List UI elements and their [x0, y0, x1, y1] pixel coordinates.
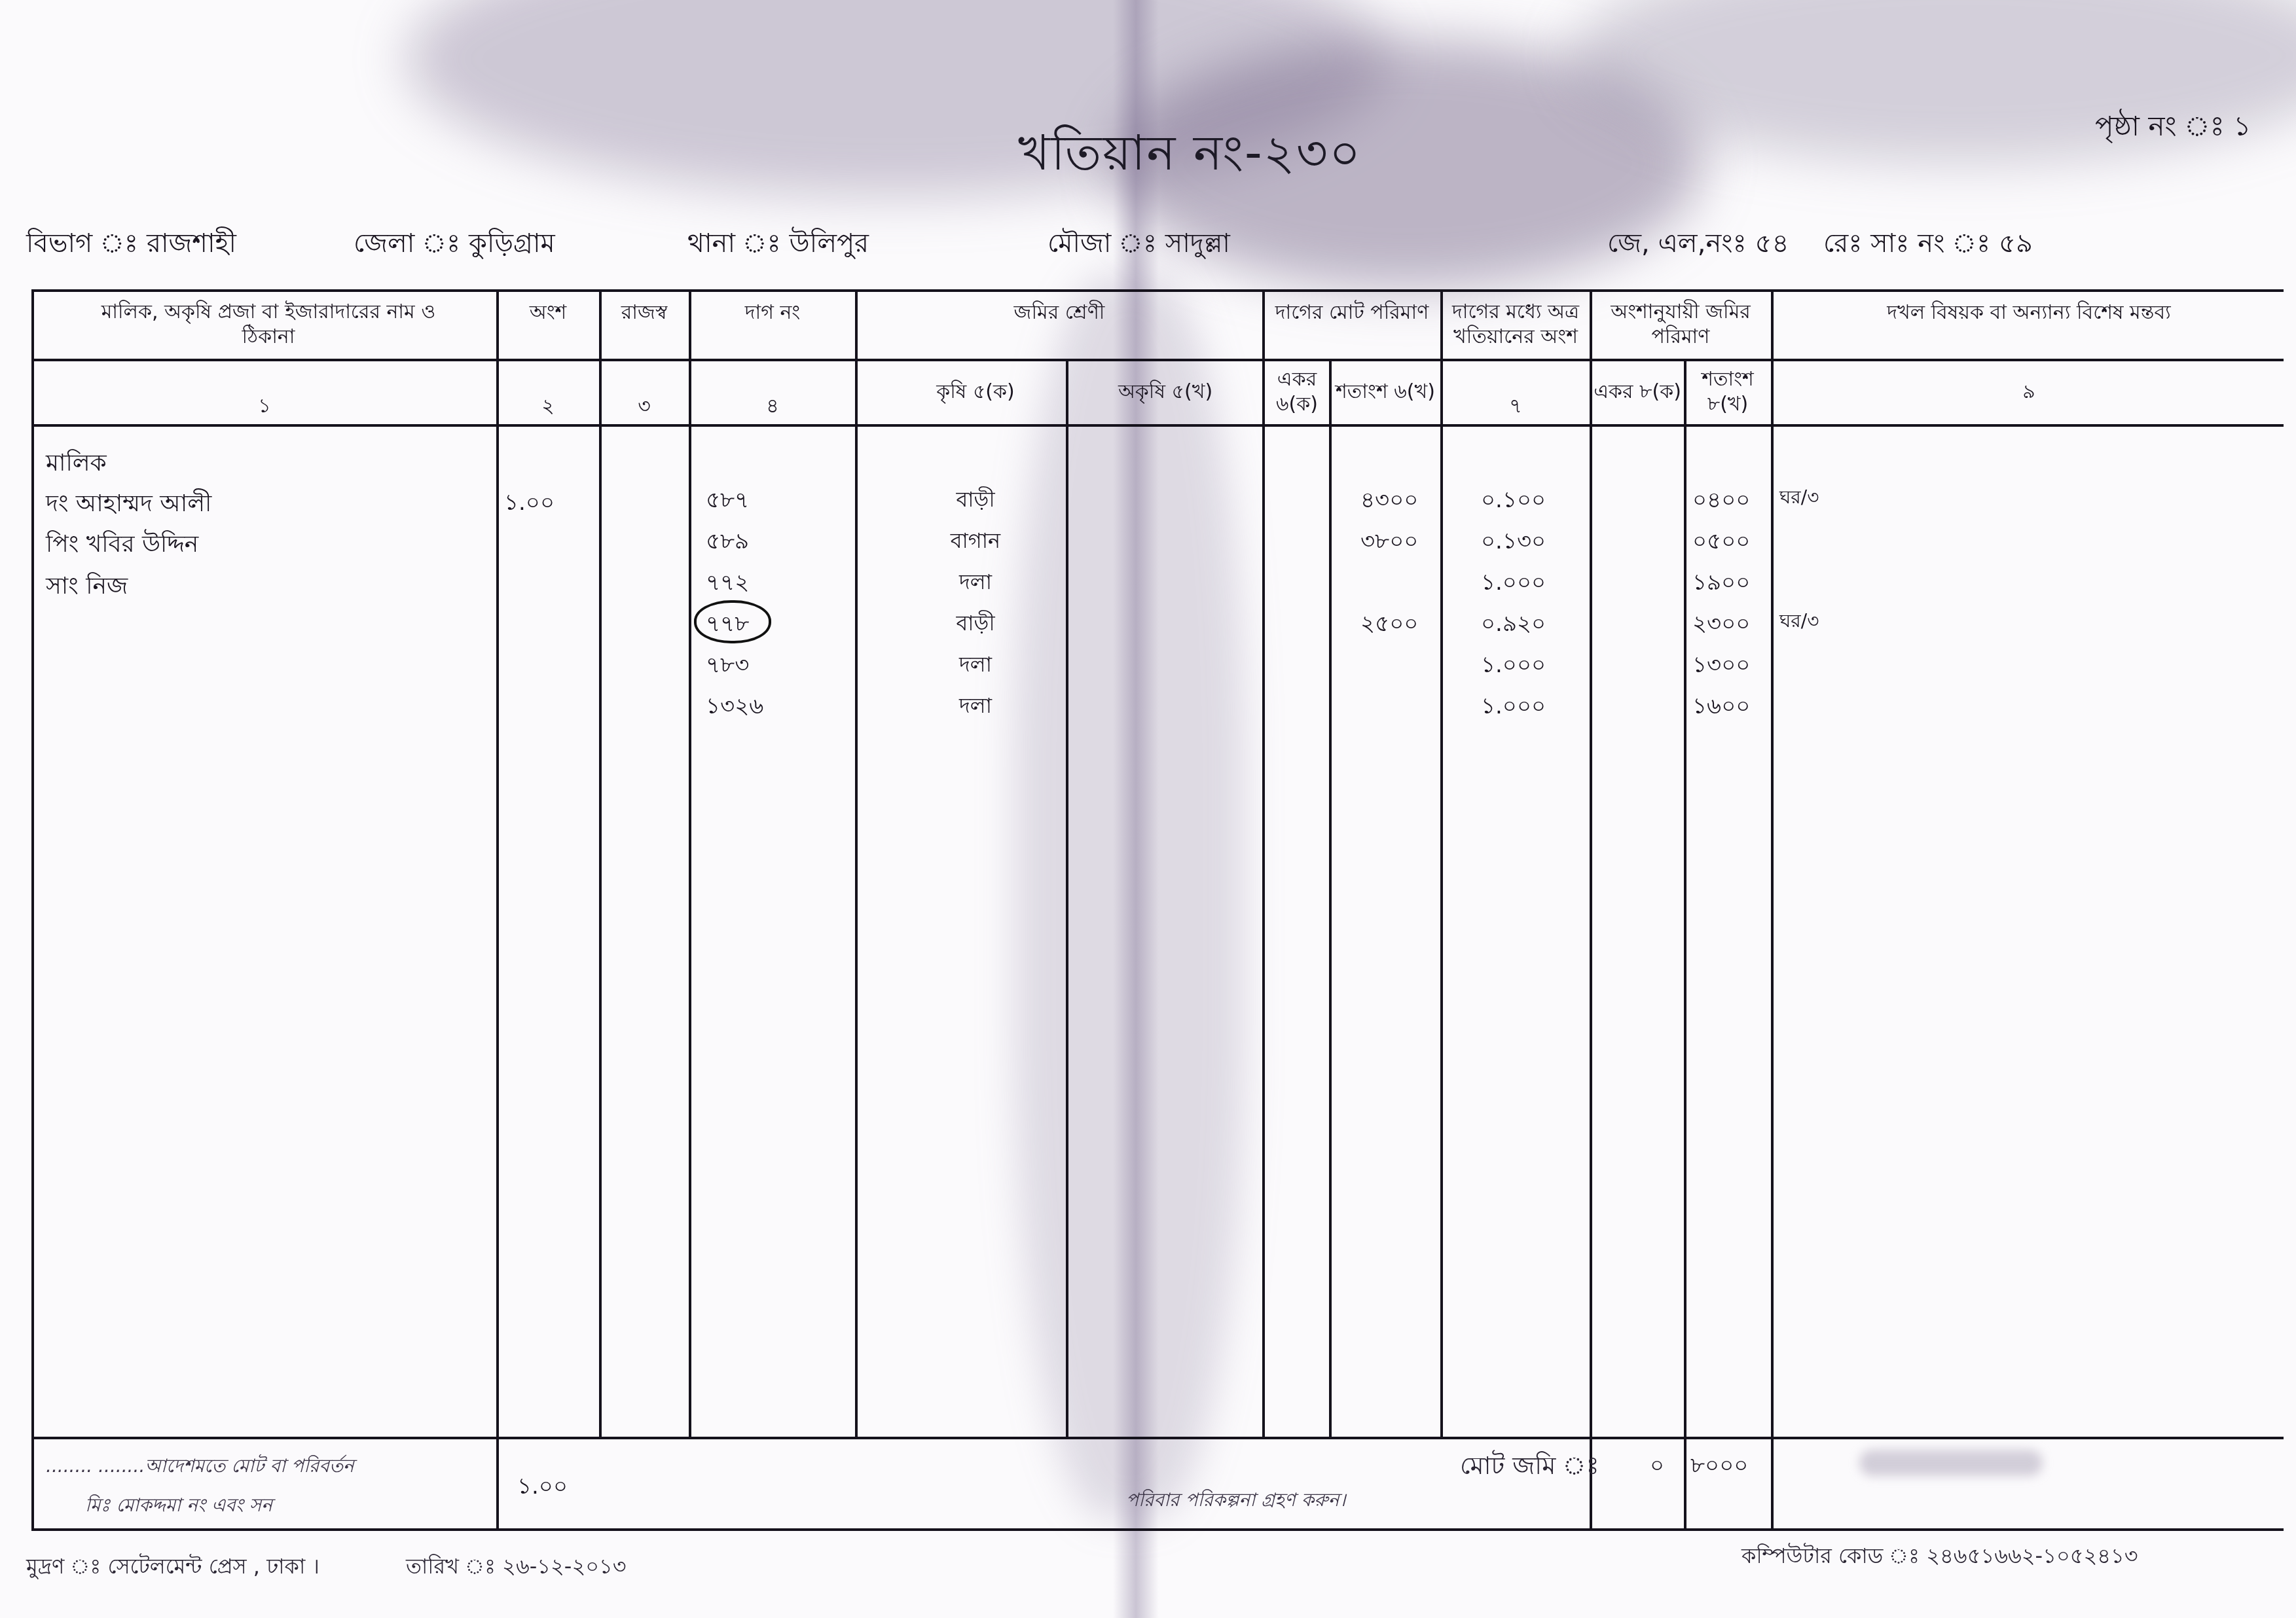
hand-drawn-circle-mark [694, 600, 771, 643]
header-owner: মালিক, অকৃষি প্রজা বা ইজারাদারের নাম ও ঠ… [79, 293, 458, 356]
col-number-1: ১ [34, 361, 495, 423]
land-class: বাড়ী [936, 607, 1015, 642]
total-acre: ০ [1650, 1448, 1664, 1486]
col-number-9: ৯ [1774, 361, 2284, 423]
district: জেলা ঃ কুড়িগ্রাম [354, 223, 555, 266]
total-decimal: ৮০০০ [1690, 1448, 1748, 1486]
dag-number: ৫৮৭ [706, 483, 749, 520]
share-decimal: ২৩০০ [1692, 607, 1750, 644]
khatian-share: ০.১৩০ [1481, 524, 1546, 562]
khatian-share: ১.০০০ [1481, 648, 1546, 685]
land-class: বাড়ী [936, 483, 1015, 518]
mouza: মৌজা ঃ সাদুল্লা [1048, 223, 1230, 266]
share-decimal: ০৫০০ [1692, 524, 1750, 562]
dag-number: ৫৮৯ [706, 524, 749, 562]
share-decimal: ১৬০০ [1692, 689, 1750, 727]
header-share: অংশ [499, 293, 597, 333]
header-agri: কৃষি ৫(ক) [917, 361, 1034, 423]
thana: থানা ঃ উলিপুর [687, 223, 869, 266]
page-number: পৃষ্ঠা নং ঃ ১ [2095, 105, 2251, 151]
dag-number: ৭৮৩ [706, 648, 749, 685]
header-dag-decimal: শতাংশ ৬(খ) [1332, 361, 1439, 423]
khatian-share: ১.০০০ [1481, 566, 1546, 603]
share-decimal: ০৪০০ [1692, 483, 1750, 520]
col-number-3: ৩ [602, 361, 687, 423]
dag-decimal: ৩৮০০ [1360, 524, 1418, 562]
order-text: ........ ........আদেশমতে মোট বা পরিবর্তন [46, 1452, 354, 1483]
col-number-4: ৪ [691, 361, 854, 423]
col-number-2: ২ [499, 361, 597, 423]
family-planning-slogan: পরিবার পরিকল্পনা গ্রহণ করুন। [1126, 1486, 1345, 1517]
printer-info: মুদ্রণ ঃ সেটেলমেন্ট প্রেস , ঢাকা । [26, 1550, 319, 1585]
remark: ঘর/৩ [1779, 607, 1819, 638]
land-class: বাগান [936, 524, 1015, 560]
owner-name: দং আহাম্মদ আলী [46, 486, 211, 525]
header-dag-total: দাগের মোট পরিমাণ [1265, 293, 1439, 333]
header-dag-no: দাগ নং [691, 293, 854, 333]
col-number-7: ৭ [1443, 361, 1588, 423]
header-nonagri: অকৃষি ৫(খ) [1106, 361, 1224, 423]
remark: ঘর/৩ [1779, 483, 1819, 514]
dag-decimal: ২৫০০ [1360, 607, 1418, 644]
land-class: দলা [936, 566, 1015, 601]
share-decimal: ১৯০০ [1692, 566, 1750, 603]
share-total: ১.০০ [517, 1469, 568, 1507]
khatian-share: ১.০০০ [1481, 689, 1546, 727]
header-share-land: অংশানুযায়ী জমির পরিমাণ [1592, 293, 1769, 356]
case-text: মিঃ মোকদ্দমা নং এবং সন [85, 1491, 272, 1522]
rs-number: রেঃ সাঃ নং ঃ ৫৯ [1823, 223, 2033, 266]
header-remarks: দখল বিষয়ক বা অন্যান্য বিশেষ মন্তব্য [1774, 293, 2284, 333]
khatian-share: ০.৯২০ [1481, 607, 1546, 644]
division: বিভাগ ঃ রাজশাহী [26, 223, 236, 266]
header-share-decimal: শতাংশ ৮(খ) [1686, 361, 1769, 423]
computer-code: কম্পিউটার কোড ঃ ২৪৬৫১৬৬২-১০৫২৪১৩ [1741, 1539, 2138, 1575]
khatian-title: খতিয়ান নং-২৩০ [1018, 117, 1362, 197]
share-decimal: ১৩০০ [1692, 648, 1750, 685]
share-value: ১.০০ [504, 486, 555, 523]
land-class: দলা [936, 689, 1015, 725]
owner-father: পিং খবির উদ্দিন [46, 526, 198, 566]
land-class: দলা [936, 648, 1015, 683]
dag-number: ১৩২৬ [706, 689, 763, 727]
header-khatian-share: দাগের মধ্যে অত্র খতিয়ানের অংশ [1443, 293, 1588, 356]
header-share-acre: একর ৮(ক) [1592, 361, 1683, 423]
total-land-label: মোট জমি ঃ [1460, 1447, 1599, 1488]
owner-label: মালিক [46, 445, 107, 484]
khatian-share: ০.১০০ [1481, 483, 1546, 520]
print-date: তারিখ ঃ ২৬-১২-২০১৩ [406, 1550, 627, 1585]
owner-address: সাং নিজ [46, 568, 128, 607]
header-dag-acre: একর ৬(ক) [1266, 361, 1328, 423]
header-land-class: জমির শ্রেণী [858, 293, 1261, 333]
dag-number: ৭৭২ [706, 566, 749, 603]
jl-number: জে, এল,নংঃ ৫৪ [1607, 223, 1789, 266]
header-revenue: রাজস্ব [602, 293, 687, 333]
dag-decimal: ৪৩০০ [1360, 483, 1418, 520]
